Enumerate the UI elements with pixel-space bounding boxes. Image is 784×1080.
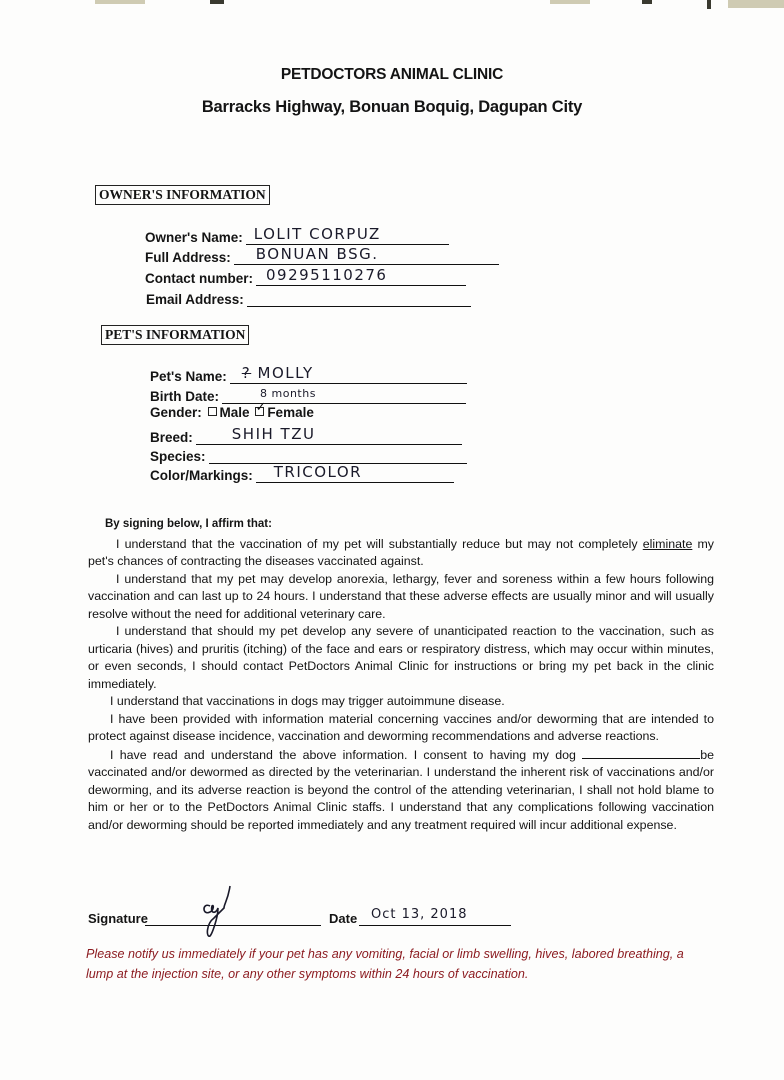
birth-date-value: 8 months bbox=[260, 387, 316, 400]
color-markings-value: TRICOLOR bbox=[274, 463, 362, 481]
gender-field: Gender: Male Female bbox=[150, 405, 314, 420]
color-markings-field[interactable]: Color/Markings: TRICOLOR bbox=[150, 463, 454, 483]
gender-label: Gender: bbox=[150, 405, 202, 420]
consent-paragraph-1: I understand that the vaccination of my … bbox=[88, 536, 714, 571]
birth-date-field[interactable]: Birth Date: 8 months bbox=[150, 384, 466, 404]
date-field[interactable] bbox=[359, 925, 511, 926]
contact-number-label: Contact number: bbox=[145, 271, 253, 286]
clinic-name: PETDOCTORS ANIMAL CLINIC bbox=[0, 66, 784, 84]
clinic-address: Barracks Highway, Bonuan Boquig, Dagupan… bbox=[0, 98, 784, 117]
female-checkbox[interactable] bbox=[255, 407, 264, 416]
owner-section-title: OWNER'S INFORMATION bbox=[95, 185, 270, 205]
color-markings-label: Color/Markings: bbox=[150, 468, 253, 483]
signature-label: Signature bbox=[88, 911, 148, 926]
pet-name-field[interactable]: Pet's Name: ? MOLLY bbox=[150, 364, 467, 384]
male-option-label: Male bbox=[220, 405, 250, 420]
email-address-label: Email Address: bbox=[146, 292, 244, 307]
consent-paragraph-3: I understand that should my pet develop … bbox=[88, 623, 714, 693]
dog-name-blank[interactable] bbox=[582, 746, 700, 759]
owner-name-field[interactable]: Owner's Name: LOLIT CORPUZ bbox=[145, 225, 449, 245]
species-label: Species: bbox=[150, 449, 206, 464]
full-address-field[interactable]: Full Address: BONUAN BSG. bbox=[145, 245, 499, 265]
birth-date-label: Birth Date: bbox=[150, 389, 219, 404]
pet-name-value: MOLLY bbox=[258, 364, 314, 382]
aftercare-notice: Please notify us immediately if your pet… bbox=[86, 944, 686, 984]
owner-name-label: Owner's Name: bbox=[145, 230, 243, 245]
owner-name-value: LOLIT CORPUZ bbox=[254, 225, 381, 243]
consent-heading: By signing below, I affirm that: bbox=[105, 516, 714, 534]
date-value: Oct 13, 2018 bbox=[371, 907, 468, 922]
consent-paragraph-6: I have read and understand the above inf… bbox=[88, 746, 714, 835]
date-label: Date bbox=[329, 911, 357, 926]
male-checkbox[interactable] bbox=[208, 407, 217, 416]
signature-row: Signature Date Oct 13, 2018 bbox=[88, 900, 518, 930]
pet-section-title: PET'S INFORMATION bbox=[101, 325, 249, 345]
breed-field[interactable]: Breed: SHIH TZU bbox=[150, 425, 462, 445]
female-option-label: Female bbox=[267, 405, 314, 420]
consent-paragraph-2: I understand that my pet may develop ano… bbox=[88, 571, 714, 624]
paper-edge bbox=[0, 0, 784, 10]
contact-number-value: 09295110276 bbox=[266, 266, 387, 284]
consent-paragraph-4: I understand that vaccinations in dogs m… bbox=[88, 693, 714, 711]
full-address-value: BONUAN BSG. bbox=[256, 245, 379, 263]
full-address-label: Full Address: bbox=[145, 250, 231, 265]
pet-name-label: Pet's Name: bbox=[150, 369, 227, 384]
consent-statement: By signing below, I affirm that: I under… bbox=[88, 516, 714, 834]
consent-paragraph-5: I have been provided with information ma… bbox=[88, 711, 714, 746]
breed-value: SHIH TZU bbox=[232, 425, 316, 443]
pet-name-struck-value: ? bbox=[242, 364, 251, 382]
handwritten-signature-icon bbox=[196, 884, 236, 940]
contact-number-field[interactable]: Contact number: 09295110276 bbox=[145, 266, 466, 286]
species-field[interactable]: Species: bbox=[150, 444, 467, 464]
breed-label: Breed: bbox=[150, 430, 193, 445]
email-address-field[interactable]: Email Address: bbox=[146, 287, 471, 307]
